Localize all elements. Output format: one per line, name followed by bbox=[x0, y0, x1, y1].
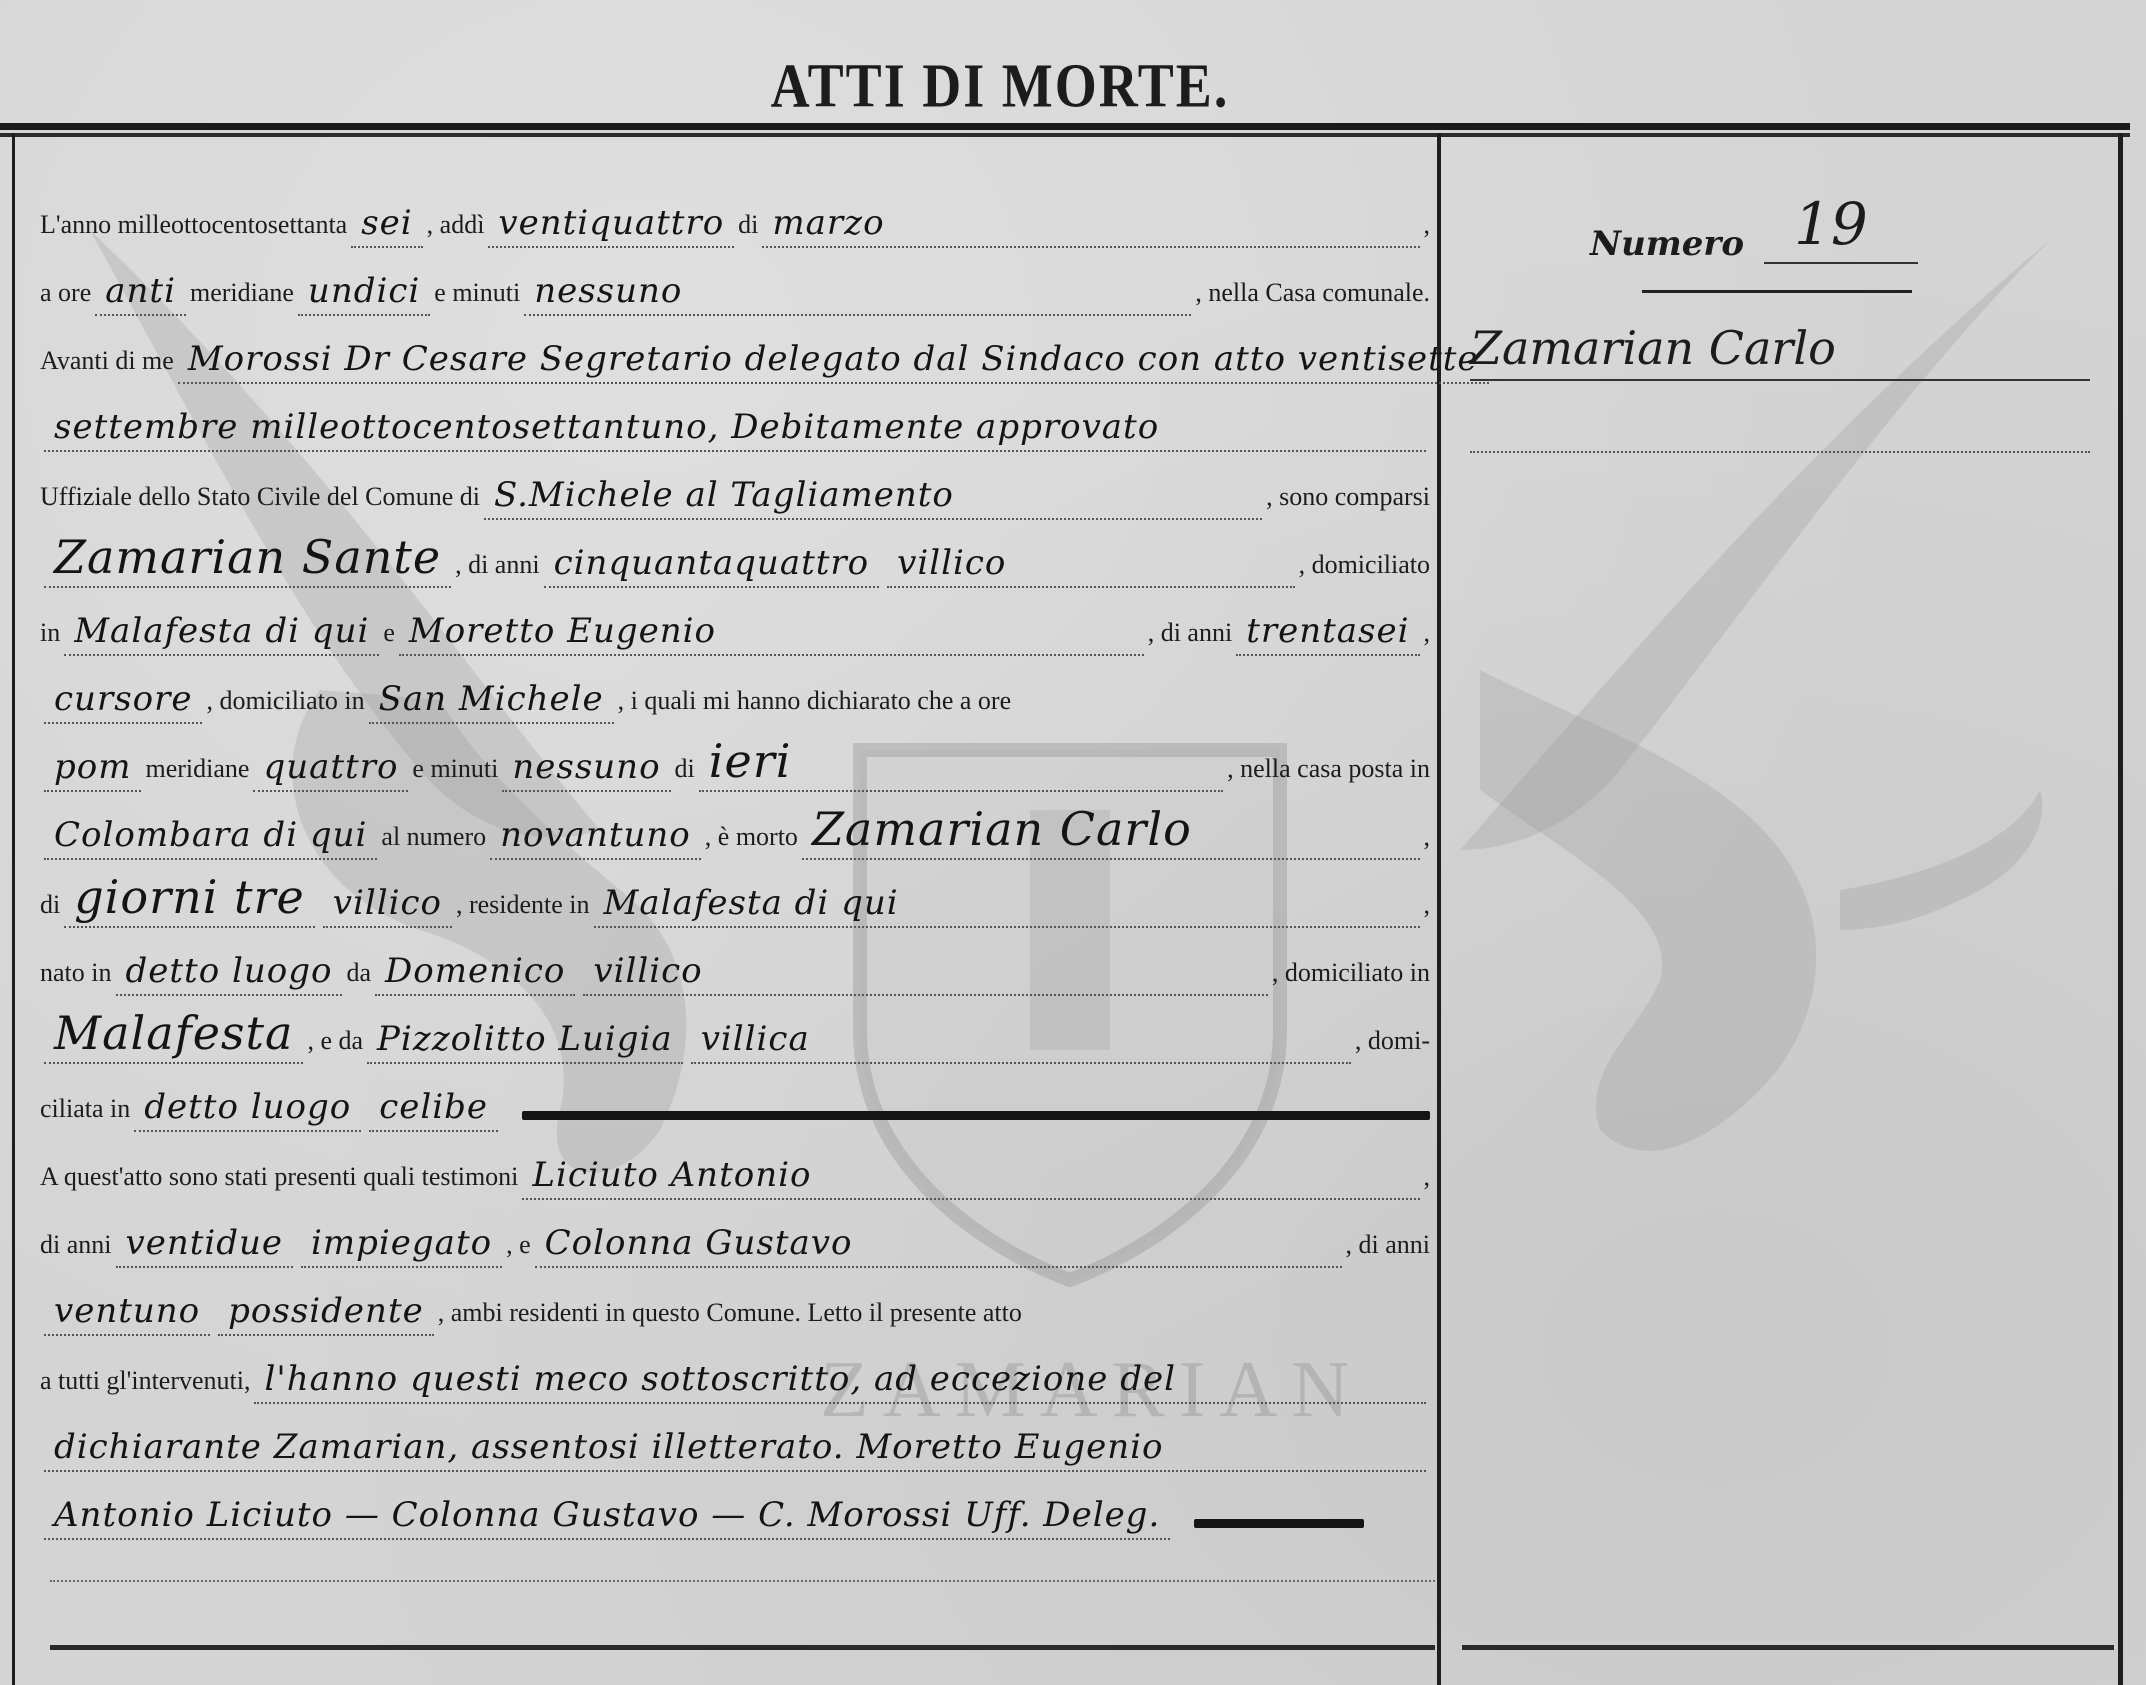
handwritten-day: ieri bbox=[699, 738, 1223, 792]
printed-text: , ambi residenti in questo Comune. Letto… bbox=[438, 1300, 1022, 1336]
cancel-bar bbox=[1194, 1519, 1364, 1528]
printed-text: , di anni bbox=[455, 552, 540, 588]
printed-text: , bbox=[1424, 1164, 1431, 1200]
record-line: cursore , domiciliato in San Michele , i… bbox=[40, 656, 1430, 724]
printed-text: di bbox=[738, 212, 758, 248]
bottom-rule bbox=[50, 1645, 1435, 1650]
printed-text: Uffiziale dello Stato Civile del Comune … bbox=[40, 484, 480, 520]
printed-text: , bbox=[1424, 824, 1431, 860]
printed-text: e minuti bbox=[412, 756, 498, 792]
printed-text: A quest'atto sono stati presenti quali t… bbox=[40, 1164, 518, 1200]
handwritten-signatures: Antonio Liciuto — Colonna Gustavo — C. M… bbox=[44, 1498, 1170, 1540]
record-line: a ore anti meridiane undici e minuti nes… bbox=[40, 248, 1430, 316]
handwritten-witness-1: Liciuto Antonio bbox=[522, 1158, 1419, 1200]
record-line: di anni ventidue impiegato , e Colonna G… bbox=[40, 1200, 1430, 1268]
handwritten-father-domicile: Malafesta bbox=[44, 1010, 303, 1064]
printed-text: , domiciliato in bbox=[206, 688, 364, 724]
record-line: Avanti di me Morossi Dr Cesare Segretari… bbox=[40, 316, 1430, 384]
handwritten-witness-1-age: ventidue bbox=[116, 1226, 294, 1268]
printed-text: ciliata in bbox=[40, 1096, 130, 1132]
handwritten-minutes: nessuno bbox=[502, 750, 670, 792]
printed-text: L'anno milleottocentosettanta bbox=[40, 212, 347, 248]
handwritten-pom: pom bbox=[44, 750, 141, 792]
printed-text: nato in bbox=[40, 960, 112, 996]
printed-text: a tutti gl'intervenuti, bbox=[40, 1368, 250, 1404]
printed-text: , è morto bbox=[705, 824, 798, 860]
handwritten-closing: l'hanno questi meco sottoscritto, ad ecc… bbox=[254, 1362, 1426, 1404]
record-line: Uffiziale dello Stato Civile del Comune … bbox=[40, 452, 1430, 520]
handwritten-occupation: villico bbox=[887, 546, 1294, 588]
printed-text: , domi- bbox=[1355, 1028, 1430, 1064]
printed-text: , bbox=[1424, 892, 1431, 928]
printed-text: di bbox=[40, 892, 60, 928]
numero-value: 19 bbox=[1764, 190, 1918, 264]
handwritten-comune: S.Michele al Tagliamento bbox=[484, 478, 1262, 520]
printed-text: , residente in bbox=[456, 892, 590, 928]
record-line: pom meridiane quattro e minuti nessuno d… bbox=[40, 724, 1430, 792]
handwritten-occupation: cursore bbox=[44, 682, 202, 724]
left-border bbox=[12, 133, 15, 1685]
right-border bbox=[2118, 133, 2123, 1685]
handwritten-place: San Michele bbox=[369, 682, 614, 724]
record-line: a tutti gl'intervenuti, l'hanno questi m… bbox=[40, 1336, 1430, 1404]
printed-text: , nella Casa comunale. bbox=[1195, 280, 1430, 316]
handwritten-father-name: Domenico bbox=[375, 954, 575, 996]
printed-text: , e bbox=[506, 1232, 531, 1268]
printed-text: , domiciliato in bbox=[1272, 960, 1430, 996]
handwritten-witness-2: Colonna Gustavo bbox=[535, 1226, 1342, 1268]
record-line: in Malafesta di qui e Moretto Eugenio , … bbox=[40, 588, 1430, 656]
printed-text: , i quali mi hanno dichiarato che a ore bbox=[618, 688, 1011, 724]
handwritten-declarant-1: Zamarian Sante bbox=[44, 534, 451, 588]
record-line: ventuno possidente , ambi residenti in q… bbox=[40, 1268, 1430, 1336]
record-line: nato in detto luogo da Domenico villico … bbox=[40, 928, 1430, 996]
handwritten-deceased-name: Zamarian Carlo bbox=[802, 806, 1420, 860]
record-line: Malafesta , e da Pizzolitto Luigia villi… bbox=[40, 996, 1430, 1064]
handwritten-residence: Malafesta di qui bbox=[594, 886, 1420, 928]
dotted-rule bbox=[50, 1580, 1435, 1582]
printed-text: e bbox=[383, 620, 395, 656]
printed-text: a ore bbox=[40, 280, 91, 316]
handwritten-ante: anti bbox=[95, 274, 186, 316]
page-title: ATTI DI MORTE. bbox=[0, 50, 2000, 121]
handwritten-mother-occupation: villica bbox=[691, 1022, 1351, 1064]
handwritten-month: marzo bbox=[762, 206, 1419, 248]
handwritten-mother-name: Pizzolitto Luigia bbox=[367, 1022, 683, 1064]
cancel-bar bbox=[522, 1111, 1430, 1120]
printed-text: Avanti di me bbox=[40, 348, 174, 384]
handwritten-father-occupation: villico bbox=[583, 954, 1267, 996]
printed-text: , e da bbox=[307, 1028, 363, 1064]
printed-text: meridiane bbox=[190, 280, 294, 316]
printed-text: , bbox=[1424, 212, 1431, 248]
handwritten-officer: Morossi Dr Cesare Segretario delegato da… bbox=[178, 342, 1489, 384]
record-line: ciliata in detto luogo celibe bbox=[40, 1064, 1430, 1132]
printed-text: , addì bbox=[427, 212, 485, 248]
handwritten-birthplace: detto luogo bbox=[116, 954, 343, 996]
margin-deceased-name: Zamarian Carlo bbox=[1470, 321, 2090, 381]
numero-label: Numero bbox=[1590, 224, 1744, 264]
bottom-rule bbox=[1462, 1645, 2114, 1650]
printed-text: meridiane bbox=[145, 756, 249, 792]
handwritten-place: Colombara di qui bbox=[44, 818, 377, 860]
record-body: L'anno milleottocentosettanta sei , addì… bbox=[40, 180, 1430, 1540]
printed-text: , sono comparsi bbox=[1266, 484, 1430, 520]
handwritten-place: Malafesta di qui bbox=[64, 614, 379, 656]
record-line: A quest'atto sono stati presenti quali t… bbox=[40, 1132, 1430, 1200]
handwritten-witness-2-occupation: possidente bbox=[218, 1294, 434, 1336]
handwritten-occupation: villico bbox=[323, 886, 452, 928]
handwritten-mother-domicile: detto luogo bbox=[134, 1090, 361, 1132]
handwritten-deceased-age: giorni tre bbox=[64, 874, 315, 928]
handwritten-marital-status: celibe bbox=[369, 1090, 498, 1132]
record-line: dichiarante Zamarian, assentosi illetter… bbox=[40, 1404, 1430, 1472]
record-line: di giorni tre villico , residente in Mal… bbox=[40, 860, 1430, 928]
handwritten-minutes: nessuno bbox=[524, 274, 1191, 316]
handwritten-age: trentasei bbox=[1236, 614, 1419, 656]
handwritten-day: ventiquattro bbox=[488, 206, 734, 248]
handwritten-year: sei bbox=[351, 206, 422, 248]
record-line: Zamarian Sante , di anni cinquantaquattr… bbox=[40, 520, 1430, 588]
handwritten-declarant-2: Moretto Eugenio bbox=[399, 614, 1144, 656]
printed-text: , nella casa posta in bbox=[1227, 756, 1430, 792]
numero-row: Numero 19 bbox=[1590, 190, 2110, 264]
printed-text: di anni bbox=[40, 1232, 112, 1268]
handwritten-witness-2-age: ventuno bbox=[44, 1294, 210, 1336]
handwritten-witness-1-occupation: impiegato bbox=[301, 1226, 502, 1268]
printed-text: , di anni bbox=[1148, 620, 1233, 656]
printed-text: da bbox=[346, 960, 371, 996]
signatures-line: Antonio Liciuto — Colonna Gustavo — C. M… bbox=[40, 1472, 1430, 1540]
handwritten-age: cinquantaquattro bbox=[544, 546, 880, 588]
printed-text: , di anni bbox=[1346, 1232, 1431, 1268]
printed-text: al numero bbox=[381, 824, 486, 860]
record-line: L'anno milleottocentosettanta sei , addì… bbox=[40, 180, 1430, 248]
record-line: settembre milleottocentosettantuno, Debi… bbox=[40, 384, 1430, 452]
printed-text: , bbox=[1424, 620, 1431, 656]
handwritten-hour: undici bbox=[298, 274, 430, 316]
handwritten-house-number: novantuno bbox=[490, 818, 701, 860]
flourish-divider bbox=[1642, 290, 1912, 293]
record-line: Colombara di qui al numero novantuno , è… bbox=[40, 792, 1430, 860]
printed-text: di bbox=[675, 756, 695, 792]
printed-text: , domiciliato bbox=[1299, 552, 1430, 588]
printed-text: in bbox=[40, 620, 60, 656]
top-double-rule bbox=[0, 123, 2130, 133]
handwritten-hour: quattro bbox=[253, 750, 408, 792]
handwritten-closing: dichiarante Zamarian, assentosi illetter… bbox=[44, 1430, 1426, 1472]
dotted-rule bbox=[1470, 451, 2090, 453]
printed-text: e minuti bbox=[434, 280, 520, 316]
register-margin: Numero 19 Zamarian Carlo bbox=[1460, 150, 2110, 453]
handwritten-delegation: settembre milleottocentosettantuno, Debi… bbox=[44, 410, 1426, 452]
